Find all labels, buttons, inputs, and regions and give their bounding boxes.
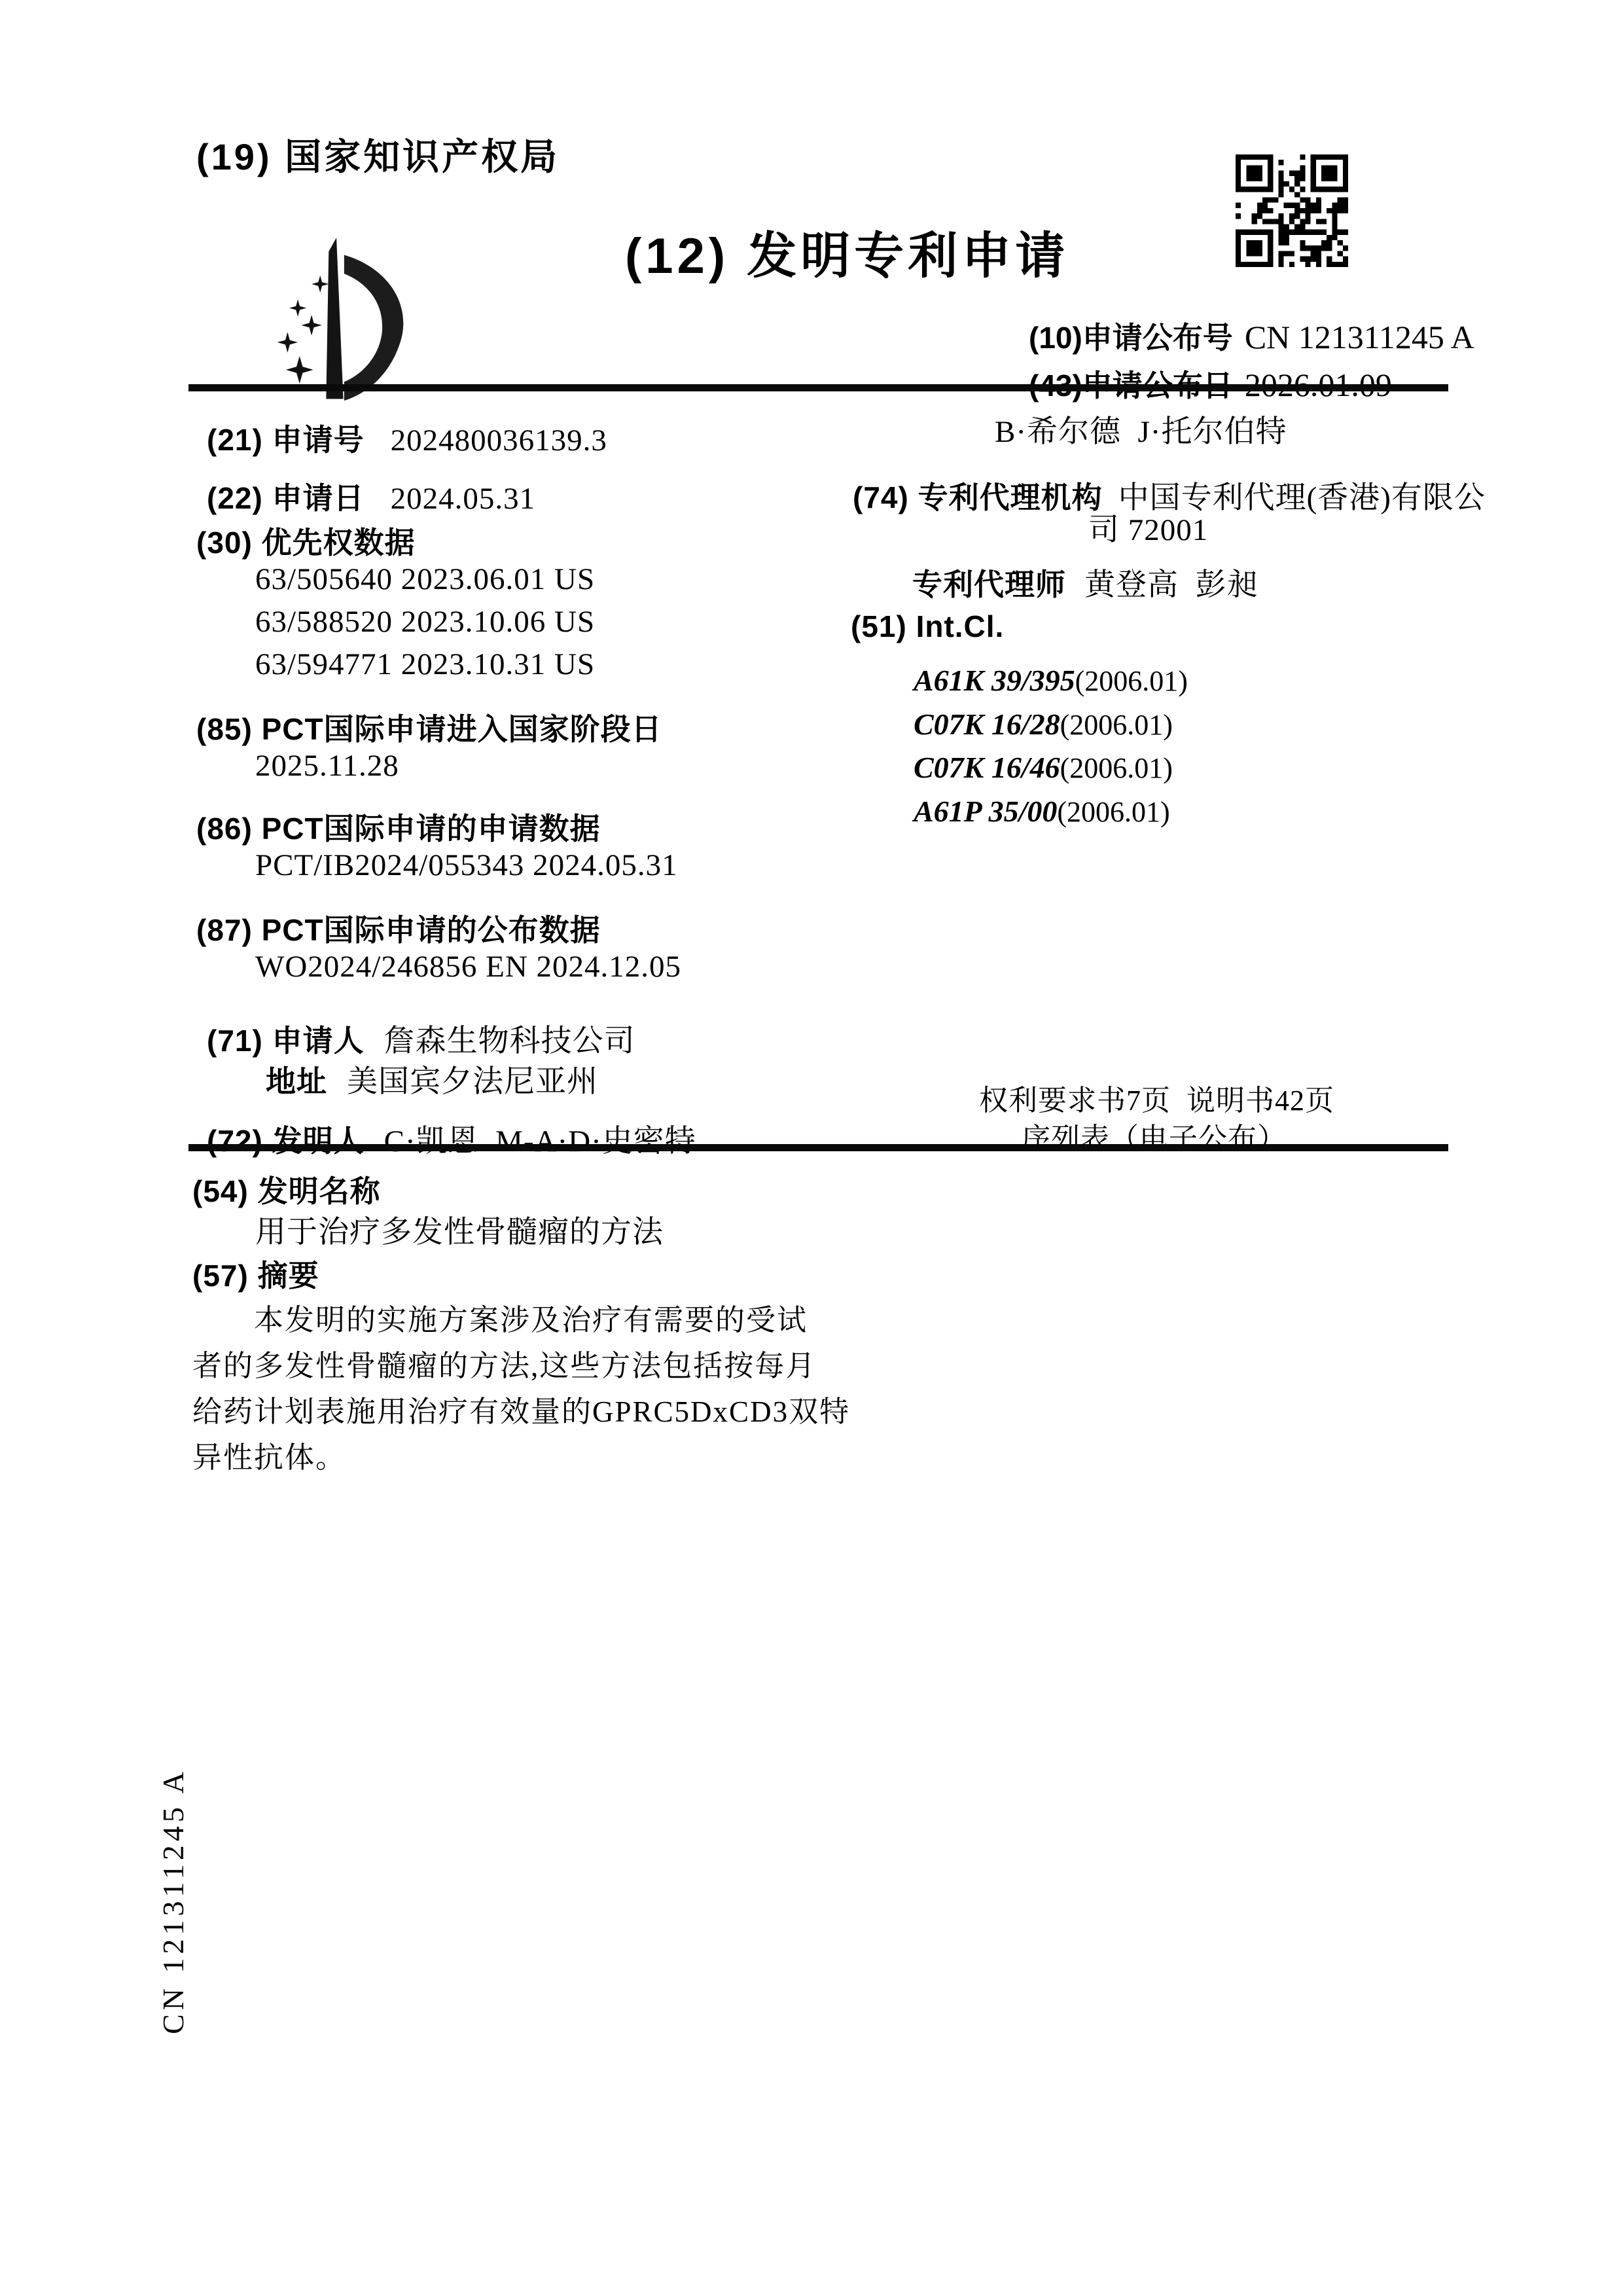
divider-top xyxy=(188,384,1448,391)
cnipa-logo-icon xyxy=(251,211,427,429)
agency-label: (74) 专利代理机构 xyxy=(853,480,1103,514)
pages-info: 权利要求书7页 说明书42页 xyxy=(979,1077,1334,1119)
inventors-label: (72) 发明人 xyxy=(207,1124,365,1158)
pct-publication-label: (87) PCT国际申请的公布数据 xyxy=(196,906,601,950)
inventors-value: C·凯恩 M-A·D·史密特 xyxy=(384,1124,696,1158)
intcl-item: A61P 35/00(2006.01) xyxy=(903,782,1170,840)
patent-front-page: (19) 国家知识产权局 (12) 发明专利申请 (10)申请公布号CN 121… xyxy=(0,0,1623,2296)
intcl-version: (2006.01) xyxy=(1060,752,1173,784)
abstract-label: (57) 摘要 xyxy=(192,1252,319,1295)
agents-label: 专利代理师 xyxy=(912,567,1066,601)
abstract-line: 者的多发性骨髓瘤的方法,这些方法包括按每月 xyxy=(192,1342,816,1384)
pct-application-value: PCT/IB2024/055343 2024.05.31 xyxy=(255,848,678,883)
intcl-code: C07K 16/46 xyxy=(914,751,1060,784)
application-date-value: 2024.05.31 xyxy=(391,482,536,516)
invention-title-label: (54) 发明名称 xyxy=(192,1168,381,1211)
priority-item: 63/505640 2023.06.01 US xyxy=(255,562,595,597)
office-name: (19) 国家知识产权局 xyxy=(196,128,560,181)
abstract-line: 异性抗体。 xyxy=(192,1433,346,1476)
agents-value: 黄登高 彭昶 xyxy=(1084,568,1258,602)
priority-item: 63/588520 2023.10.06 US xyxy=(255,604,595,639)
inventors-row: (72) 发明人C·凯恩 M-A·D·史密特 xyxy=(196,1105,696,1172)
address-value: 美国宾夕法尼亚州 xyxy=(347,1065,598,1099)
application-number-label: (21) 申请号 xyxy=(207,423,365,457)
intcl-code: A61K 39/395 xyxy=(914,664,1075,697)
pct-entry-value: 2025.11.28 xyxy=(255,748,399,783)
invention-title: 用于治疗多发性骨髓瘤的方法 xyxy=(255,1208,664,1251)
side-publication-code: CN 121311245 A xyxy=(156,1768,190,2034)
intcl-code: C07K 16/28 xyxy=(914,708,1060,741)
intcl-version: (2006.01) xyxy=(1075,665,1188,697)
pct-application-label: (86) PCT国际申请的申请数据 xyxy=(196,805,601,848)
intcl-label: (51) Int.Cl. xyxy=(851,609,1004,644)
divider-middle xyxy=(188,1144,1448,1151)
abstract-line: 给药计划表施用治疗有效量的GPRC5DxCD3双特 xyxy=(192,1388,850,1430)
intcl-version: (2006.01) xyxy=(1060,709,1173,741)
priority-data-label: (30) 优先权数据 xyxy=(196,519,416,562)
priority-item: 63/594771 2023.10.31 US xyxy=(255,647,595,682)
address-label: 地址 xyxy=(266,1064,327,1098)
agency-name-line2: 司 72001 xyxy=(1088,505,1208,549)
application-number-row: (21) 申请号202480036139.3 xyxy=(196,404,607,471)
inventors-continued: B·希尔德 J·托尔伯特 xyxy=(995,407,1287,451)
pct-entry-label: (85) PCT国际申请进入国家阶段日 xyxy=(196,706,662,749)
application-date-label: (22) 申请日 xyxy=(207,481,365,515)
intcl-code: A61P 35/00 xyxy=(914,795,1057,828)
pct-publication-value: WO2024/246856 EN 2024.12.05 xyxy=(255,949,681,984)
qr-code xyxy=(1236,131,1348,291)
abstract-line: 本发明的实施方案涉及治疗有需要的受试 xyxy=(254,1296,808,1338)
address-row: 地址美国宾夕法尼亚州 xyxy=(255,1045,598,1113)
intcl-version: (2006.01) xyxy=(1057,796,1169,828)
doc-type-title: (12) 发明专利申请 xyxy=(625,216,1069,287)
agents-row: 专利代理师黄登高 彭昶 xyxy=(902,548,1258,616)
application-number-value: 202480036139.3 xyxy=(391,423,607,457)
